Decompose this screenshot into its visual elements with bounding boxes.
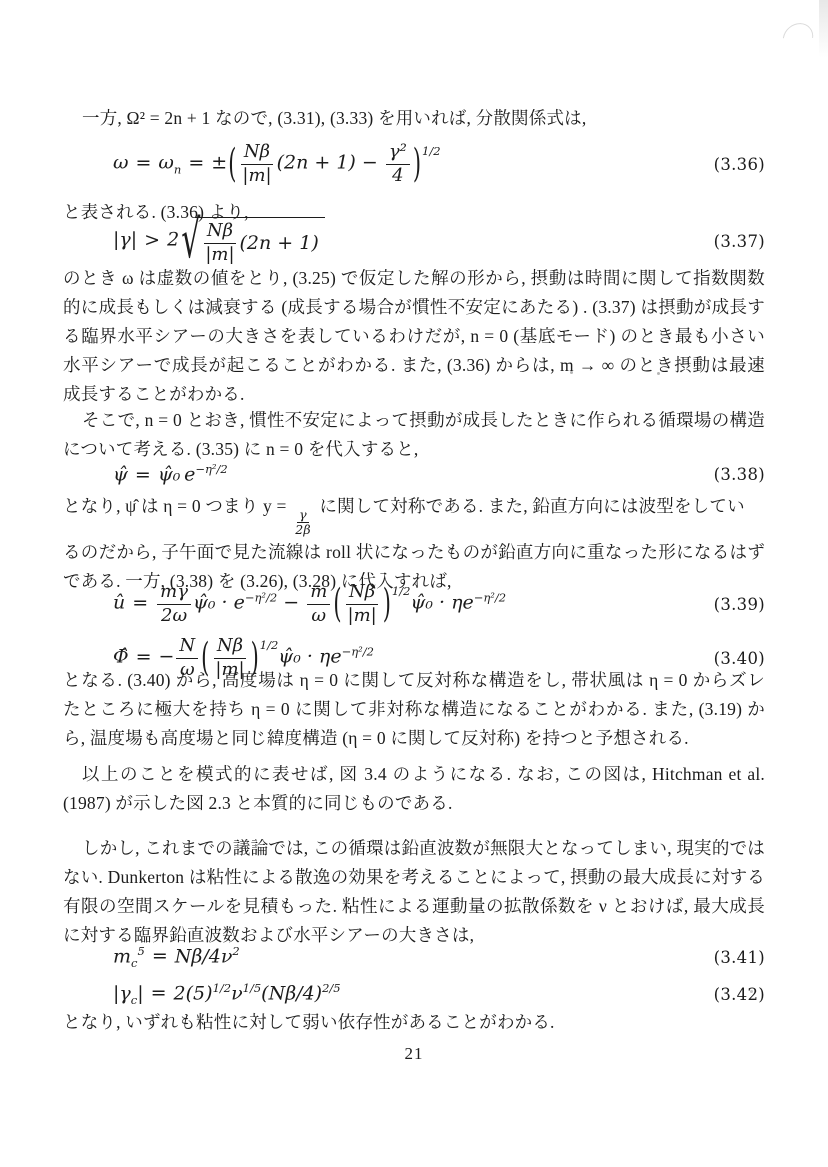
- text-line: (1987) が示した図 2.3 と本質的に同じものである.: [63, 789, 765, 818]
- equation-number: (3.40): [714, 649, 765, 668]
- text-line: となる. (3.40) から, 高度場は η = 0 に関して反対称な構造をし,…: [63, 666, 765, 695]
- equation-number: (3.41): [714, 948, 765, 967]
- equation-3-41: mc5=Nβ/4ν2 (3.41): [63, 940, 765, 974]
- equation-math: |γ|>2√Nβ|m|(2n + 1): [113, 217, 325, 264]
- text-line: となり, いずれも粘性に対して弱い依存性があることがわかる.: [63, 1008, 765, 1037]
- scan-curve-artifact: [777, 17, 820, 59]
- equation-number: (3.38): [714, 465, 765, 484]
- text-line: るのだから, 子午面で見た流線は roll 状になったものが鉛直方向に重なった形…: [63, 538, 765, 567]
- text-line: ら, 温度場も高度場と同じ緯度構造 (η = 0 に関して反対称) を持つと予想…: [63, 724, 765, 753]
- equation-math: |γc|=2(5)1/2ν1/5(Nβ/4)2/5: [113, 981, 341, 1007]
- text-segment: となり, ψ̂ は η = 0 つまり y =: [63, 496, 291, 516]
- paragraph-instability-growth: のとき ω は虚数の値をとり, (3.25) で仮定した解の形から, 摂動は時間…: [63, 264, 765, 409]
- equation-3-42: |γc|=2(5)1/2ν1/5(Nβ/4)2/5 (3.42): [63, 976, 765, 1012]
- equation-number: (3.37): [714, 232, 765, 251]
- equation-math: ω=ωn=±(Nβ|m|(2n + 1) − γ²4)1/2: [113, 142, 441, 185]
- equation-3-39: û=mγ2ωψ̂₀ · e−η²/2 − mω(Nβ|m|)1/2ψ̂₀ · η…: [63, 576, 765, 632]
- text-segment: に関して対称である. また, 鉛直方向には波型をしてい: [315, 496, 745, 516]
- text-line: 有限の空間スケールを見積もった. 粘性による運動量の拡散係数を ν とおけば, …: [63, 892, 765, 921]
- equation-number: (3.39): [714, 595, 765, 614]
- text-line: たところに極大を持ち η = 0 に関して非対称な構造になることがわかる. また…: [63, 695, 765, 724]
- paragraph-conclusion: となり, いずれも粘性に対して弱い依存性があることがわかる.: [63, 1008, 765, 1037]
- scan-streak-artifact: [819, 0, 828, 64]
- text-line: しかし, これまでの議論では, この循環は鉛直波数が無限大となってしまい, 現実…: [63, 834, 765, 863]
- text-line: 以上のことを模式的に表せば, 図 3.4 のようになる. なお, この図は, H…: [63, 760, 765, 789]
- text-line: る臨界水平シアーの大きさを表しているわけだが, n = 0 (基底モード) のと…: [63, 322, 765, 351]
- fraction: mγ2ω: [157, 582, 191, 625]
- equation-3-38: ψ̂=ψ̂₀ e−η²/2 (3.38): [63, 456, 765, 492]
- paragraph-intro-dispersion: 一方, Ω² = 2n + 1 なので, (3.31), (3.33) を用いれ…: [63, 104, 765, 133]
- text-line: そこで, n = 0 とおき, 慣性不安定によって摂動が成長したときに作られる循…: [63, 406, 765, 435]
- page-number: 21: [63, 1044, 765, 1064]
- equation-math: ψ̂=ψ̂₀ e−η²/2: [113, 462, 228, 485]
- square-root: √Nβ|m|(2n + 1): [181, 217, 325, 264]
- paragraph-figure-reference: 以上のことを模式的に表せば, 図 3.4 のようになる. なお, この図は, H…: [63, 760, 765, 818]
- fraction: Nβ|m|: [239, 142, 274, 185]
- paragraph-viscosity: しかし, これまでの議論では, この循環は鉛直波数が無限大となってしまい, 現実…: [63, 834, 765, 950]
- inline-fraction: γ2β: [293, 508, 313, 538]
- paragraph-field-structure: となる. (3.40) から, 高度場は η = 0 に関して反対称な構造をし,…: [63, 666, 765, 753]
- text-line: のとき ω は虚数の値をとり, (3.25) で仮定した解の形から, 摂動は時間…: [63, 264, 765, 293]
- equation-math: mc5=Nβ/4ν2: [113, 944, 240, 970]
- equation-number: (3.42): [714, 985, 765, 1004]
- equation-3-37: |γ|>2√Nβ|m|(2n + 1) (3.37): [63, 212, 765, 270]
- radical-sign: √: [181, 215, 200, 268]
- text-line: 的に成長もしくは減衰する (成長する場合が慣性不安定にあたる) . (3.37)…: [63, 293, 765, 322]
- equation-number: (3.36): [714, 155, 765, 174]
- text-line: 水平シアーで成長が起こることがわかる. また, (3.36) からは, m → …: [63, 351, 765, 380]
- fraction: mω: [307, 582, 330, 625]
- scanned-page: { "page": { "number": "21" }, "paragraph…: [0, 0, 828, 1167]
- equation-math: û=mγ2ωψ̂₀ · e−η²/2 − mω(Nβ|m|)1/2ψ̂₀ · η…: [113, 582, 506, 625]
- text-line: 成長することがわかる.: [63, 380, 765, 409]
- fraction: γ²4: [386, 142, 410, 185]
- text-line: 一方, Ω² = 2n + 1 なので, (3.31), (3.33) を用いれ…: [63, 104, 765, 133]
- text-line-with-fraction: となり, ψ̂ は η = 0 つまり y = γ2β に関して対称である. ま…: [63, 492, 765, 538]
- text-line: ない. Dunkerton は粘性による散逸の効果を考えることによって, 摂動の…: [63, 863, 765, 892]
- equation-3-36: ω=ωn=±(Nβ|m|(2n + 1) − γ²4)1/2 (3.36): [63, 134, 765, 194]
- fraction: Nβ|m|: [202, 221, 237, 264]
- fraction: Nβ|m|: [345, 582, 380, 625]
